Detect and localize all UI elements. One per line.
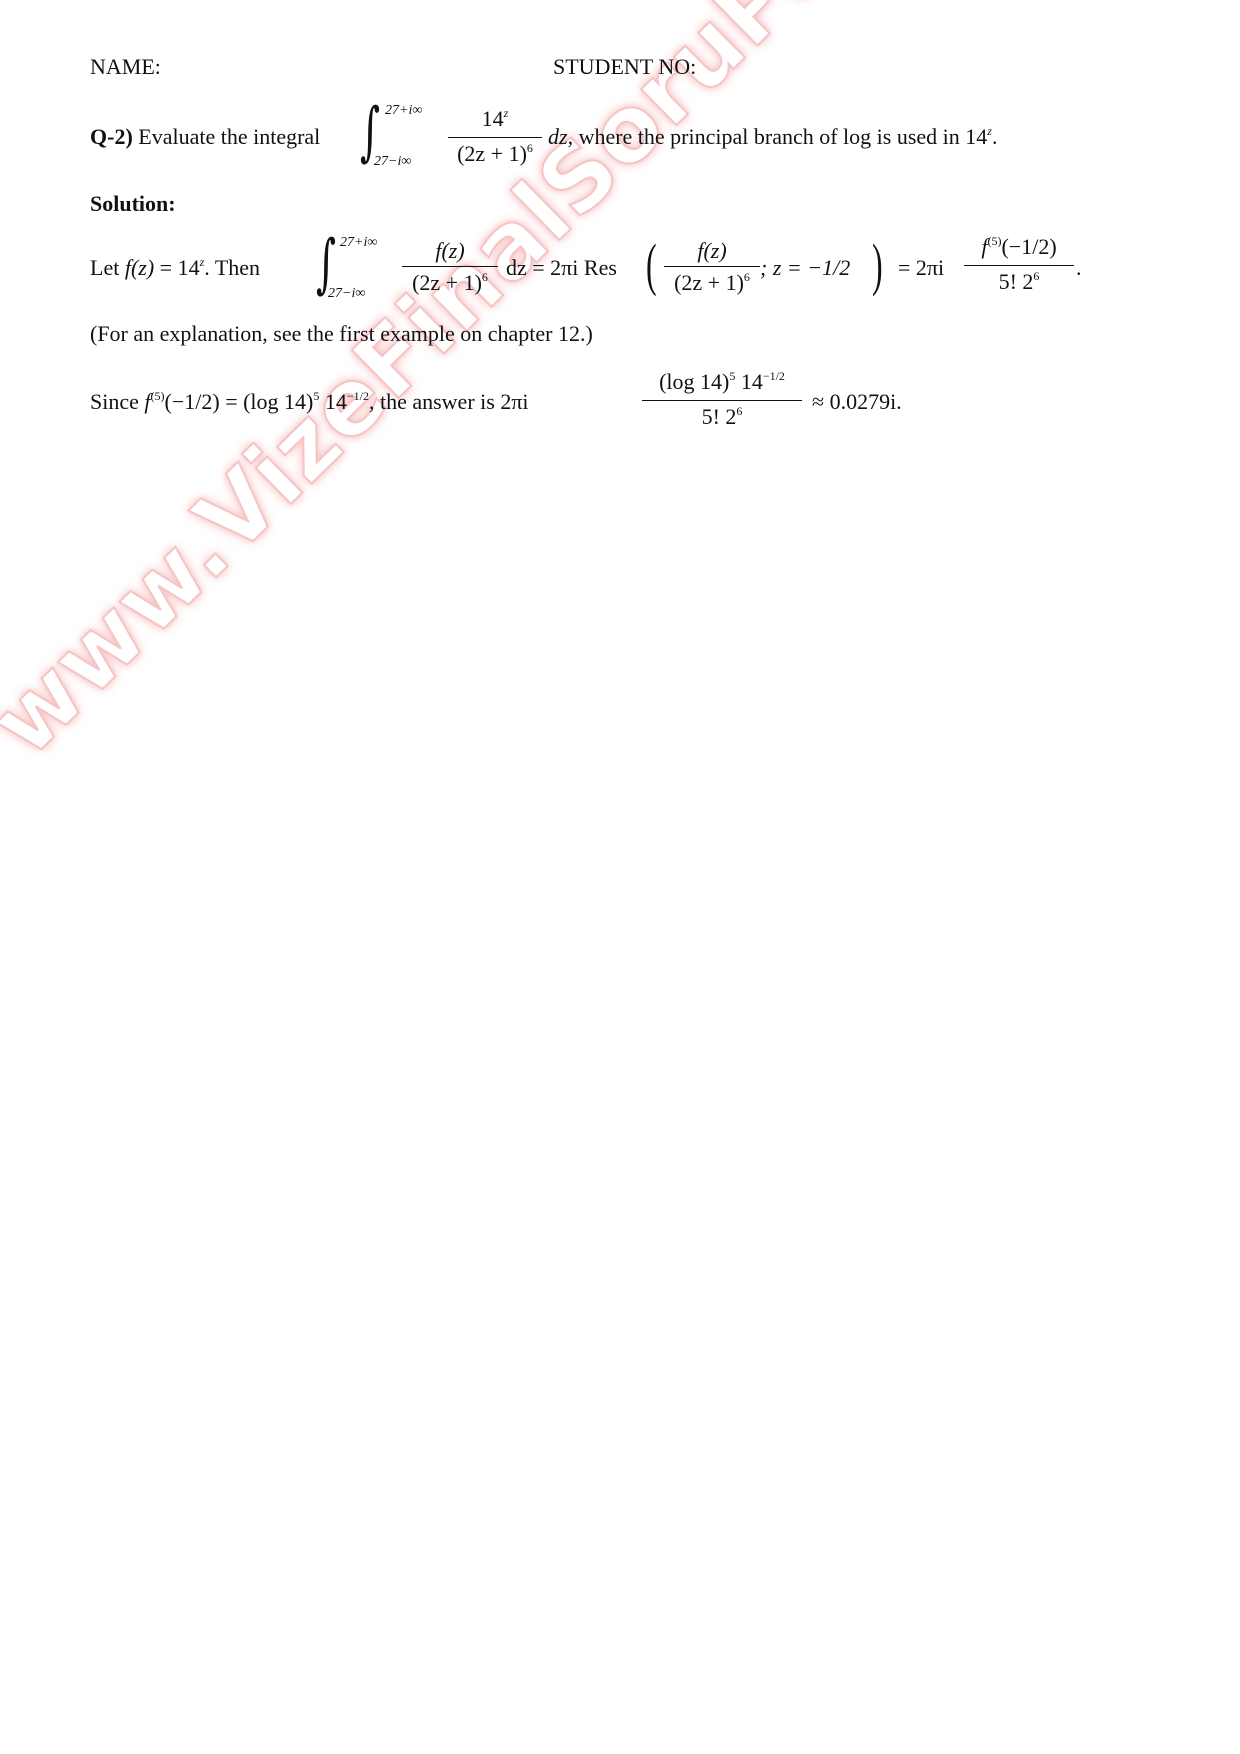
integrand-fraction: 14z (2z + 1)6 [448, 106, 542, 170]
integrand-fraction: f(z) (2z + 1)6 [402, 238, 498, 299]
document-page: www.VizeFinalSoruPaylasimi.com NAME: STU… [0, 0, 1240, 1754]
question-label: Q-2) [90, 124, 133, 149]
residue-expression: dz = 2πi Res [506, 255, 617, 281]
right-paren: ) [872, 236, 883, 294]
lower-limit: 27−i∞ [328, 286, 365, 302]
fraction-bar [448, 137, 542, 138]
left-paren: ( [646, 236, 657, 294]
lower-limit: 27−i∞ [374, 154, 411, 170]
residue-fraction: f(z) (2z + 1)6 [664, 238, 760, 299]
equals-2pii: = 2πi [898, 255, 944, 281]
name-label: NAME: [90, 54, 161, 80]
explanation-text: (For an explanation, see the first examp… [90, 321, 593, 347]
approx-answer: ≈ 0.0279i. [812, 389, 902, 415]
solution-heading: Solution: [90, 191, 176, 217]
question-prefix: Evaluate the integral [138, 124, 320, 149]
answer-fraction: (log 14)5 14−1/2 5! 26 [642, 369, 802, 433]
residue-point: ; z = −1/2 [760, 255, 850, 281]
upper-limit: 27+i∞ [385, 103, 422, 119]
student-no-label: STUDENT NO: [553, 54, 696, 80]
upper-limit: 27+i∞ [340, 235, 377, 251]
final-fraction: f(5)(−1/2) 5! 26 [964, 234, 1074, 298]
document-content: NAME: STUDENT NO: Q-2) Evaluate the inte… [0, 0, 1240, 1754]
